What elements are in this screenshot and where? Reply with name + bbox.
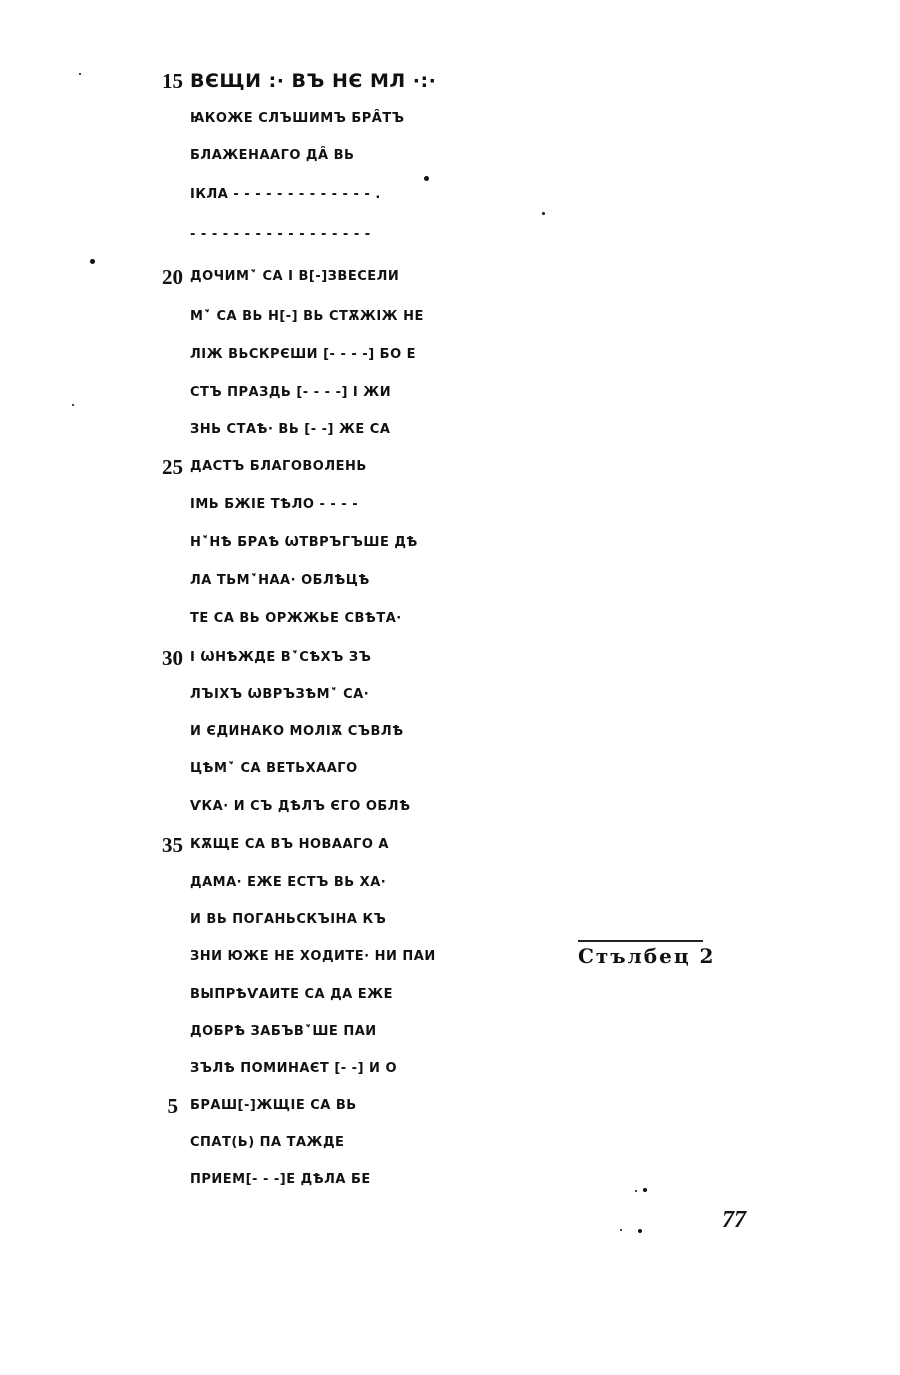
text-line: лъıхъ ѡвръзѣмꙿ са· [0, 680, 520, 710]
line-text: ліж вьскрєши [- - - -] бо е [190, 340, 416, 370]
line-text: спат(ь) па тажде [190, 1128, 344, 1158]
scan-speck [542, 212, 545, 215]
scan-speck [620, 1229, 622, 1231]
scan-speck [79, 73, 81, 75]
line-text: ла тьмꙿнаа· облѣцѣ [190, 566, 370, 596]
line-text: вєщи :· въ нє мл ·:· [190, 66, 436, 96]
text-line: цѣмꙿ са ветьхаагo [0, 754, 520, 784]
text-line: 35кѫще са въ новаагo а [0, 830, 520, 860]
scan-speck [635, 1190, 637, 1192]
scan-speck [424, 176, 429, 181]
line-text: прием[- - -]е дѣла бе [190, 1165, 371, 1195]
line-text: кѫще са въ новаагo а [190, 830, 389, 860]
text-line: знь стаѣ· вь [- -] же са [0, 415, 520, 445]
line-text: стъ праздь [- - - -] і жи [190, 378, 391, 408]
text-line: и вь поганьскъıна къ [0, 905, 520, 935]
line-text: знь стаѣ· вь [- -] же са [190, 415, 390, 445]
line-text: дочимꙿ са і в[-]звесели [190, 262, 399, 292]
line-text: - - - - - - - - - - - - - - - - - [190, 220, 371, 250]
scan-speck [90, 259, 95, 264]
line-text: добрѣ забъвꙿше паи [190, 1017, 377, 1047]
line-text: и вь поганьскъıна къ [190, 905, 386, 935]
line-number: 25 [155, 452, 183, 482]
line-text: блаженаагo да̑ вь [190, 141, 354, 171]
line-number: 20 [155, 262, 183, 292]
line-text: ıкла - - - - - - - - - - - - - . [190, 180, 381, 210]
text-line: нꙿнѣ браѣ ѡтвръгъше дѣ [0, 528, 520, 558]
page-number: 77 [722, 1207, 746, 1234]
scan-speck [638, 1229, 642, 1233]
line-text: мꙿ са вь н[-] вь стѫжіж не [190, 302, 424, 332]
line-number: 30 [155, 643, 183, 673]
text-line: зълѣ поминаєт [- -] и о [0, 1054, 520, 1084]
line-text: цѣмꙿ са ветьхаагo [190, 754, 358, 784]
line-text: дастъ благоволень [190, 452, 367, 482]
scan-speck [643, 1188, 647, 1192]
line-text: лъıхъ ѡвръзѣмꙿ са· [190, 680, 369, 710]
line-number: 35 [155, 830, 183, 860]
text-line: мꙿ са вь н[-] вь стѫжіж не [0, 302, 520, 332]
line-text: и єдинако моліѫ съвлѣ [190, 717, 404, 747]
line-text: браш[-]жщіе са вь [190, 1091, 357, 1121]
line-text: ꙗкоже слъшимъ бра̑тъ [190, 104, 404, 134]
scan-speck [72, 404, 74, 406]
text-line: ıмь бжіе тѣло - - - - [0, 490, 520, 520]
line-text: дама· еже естъ вь ха· [190, 868, 386, 898]
text-line: и єдинако моліѫ съвлѣ [0, 717, 520, 747]
text-line: прием[- - -]е дѣла бе [0, 1165, 520, 1195]
line-text: выпрѣѵаите са да еже [190, 980, 393, 1010]
line-text: те са вь оржжье свѣта· [190, 604, 402, 634]
line-text: зни юже не ходите· ни паи [190, 942, 436, 972]
line-number: 15 [155, 66, 183, 96]
text-line: спат(ь) па тажде [0, 1128, 520, 1158]
text-line: ıкла - - - - - - - - - - - - - . [0, 180, 520, 210]
text-line: 30і ѡнѣжде вꙿсѣхъ зъ [0, 643, 520, 673]
text-line: 15вєщи :· въ нє мл ·:· [0, 66, 520, 96]
text-line: зни юже не ходите· ни паи [0, 942, 520, 972]
text-line: 5браш[-]жщіе са вь [0, 1091, 520, 1121]
line-text: ıмь бжіе тѣло - - - - [190, 490, 358, 520]
text-line: ліж вьскрєши [- - - -] бо е [0, 340, 520, 370]
text-line: выпрѣѵаите са да еже [0, 980, 520, 1010]
text-line: добрѣ забъвꙿше паи [0, 1017, 520, 1047]
line-text: ѵка· и съ дѣлъ єго облѣ [190, 792, 411, 822]
column-label: Стълбец 2 [578, 944, 715, 968]
line-number: 5 [150, 1091, 178, 1121]
text-line: ꙗкоже слъшимъ бра̑тъ [0, 104, 520, 134]
text-line: ѵка· и съ дѣлъ єго облѣ [0, 792, 520, 822]
line-text: зълѣ поминаєт [- -] и о [190, 1054, 397, 1084]
text-line: 20дочимꙿ са і в[-]звесели [0, 262, 520, 292]
text-line: те са вь оржжье свѣта· [0, 604, 520, 634]
text-line: 25дастъ благоволень [0, 452, 520, 482]
line-text: і ѡнѣжде вꙿсѣхъ зъ [190, 643, 371, 673]
text-line: ла тьмꙿнаа· облѣцѣ [0, 566, 520, 596]
text-line: - - - - - - - - - - - - - - - - - [0, 220, 520, 250]
text-line: блаженаагo да̑ вь [0, 141, 520, 171]
text-line: дама· еже естъ вь ха· [0, 868, 520, 898]
line-text: нꙿнѣ браѣ ѡтвръгъше дѣ [190, 528, 418, 558]
manuscript-page: 15вєщи :· въ нє мл ·:·ꙗкоже слъшимъ бра̑… [0, 0, 900, 1375]
text-line: стъ праздь [- - - -] і жи [0, 378, 520, 408]
